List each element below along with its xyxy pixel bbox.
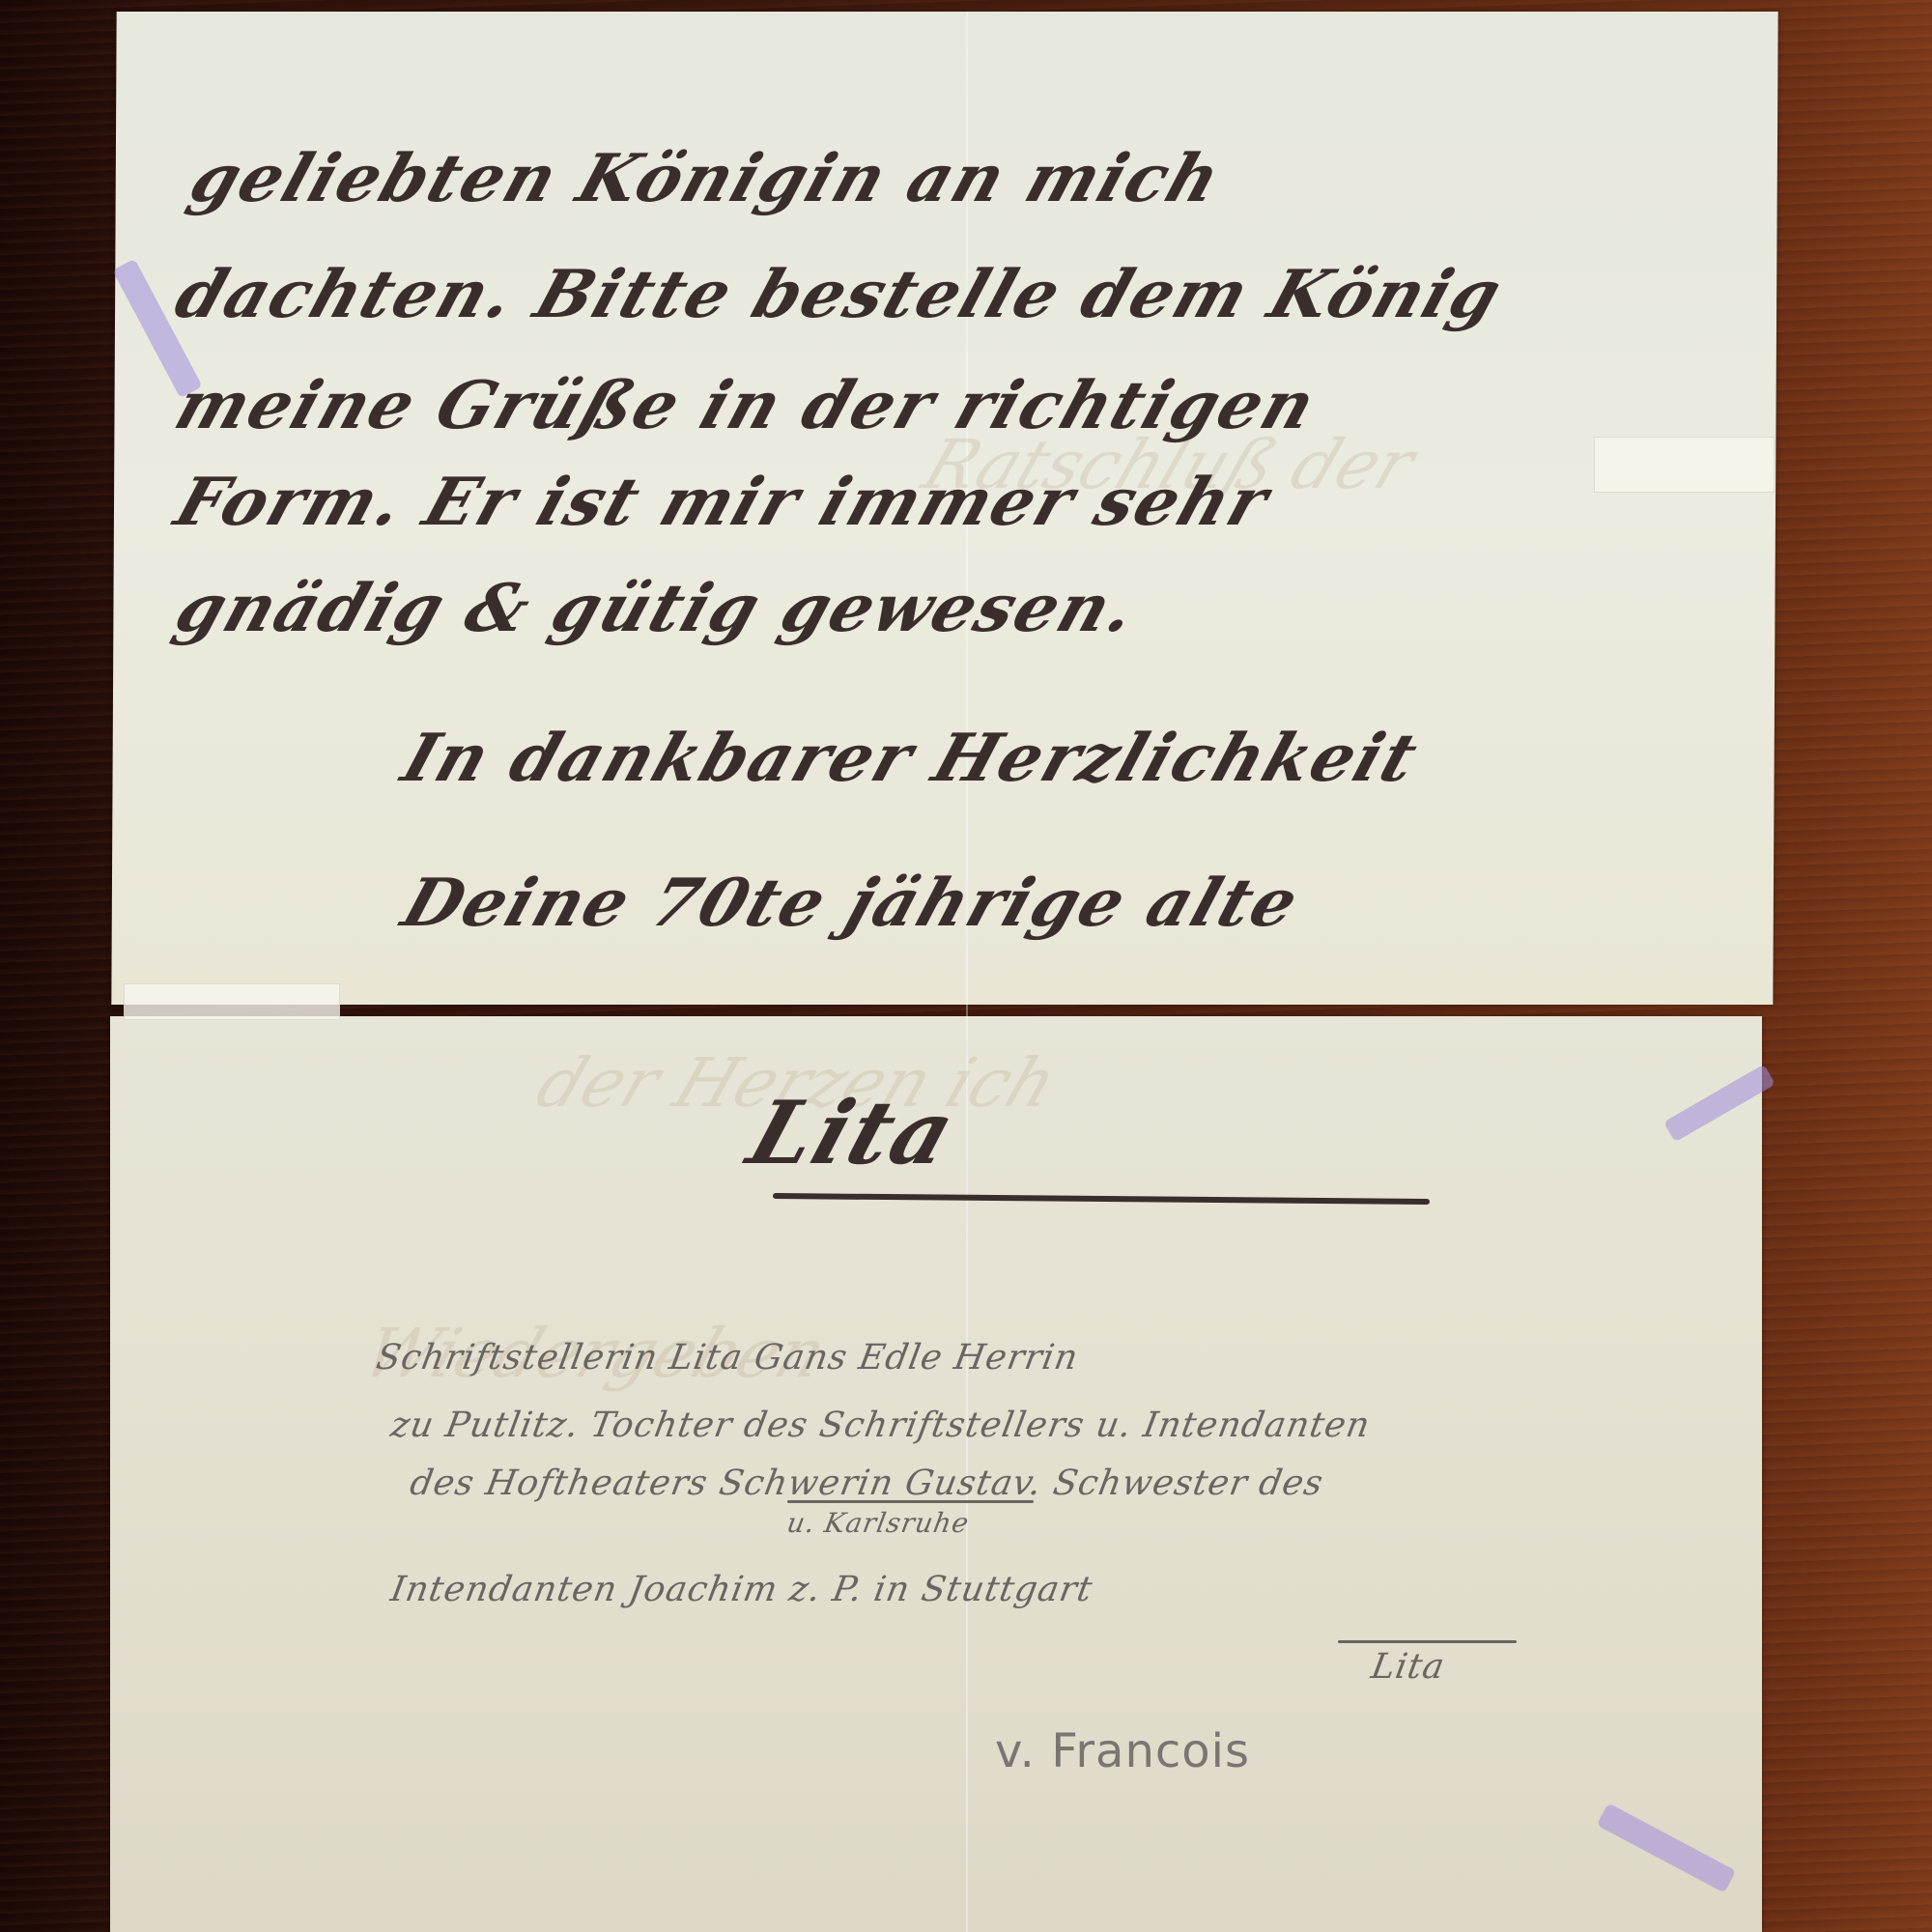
annotation-underline [787,1500,1034,1503]
collector-name: v. Francois [995,1724,1250,1778]
tape-strip-left [124,983,340,1020]
letter-line: dachten. Bitte bestelle dem König [166,256,1513,333]
signature: Lita [737,1082,969,1184]
letter-line: gnädig & gütig gewesen. [166,570,1147,647]
annotation-line: des Hoftheaters Schwerin Gustav. Schwest… [407,1463,1326,1503]
letter-line: In dankbarer Herzlichkeit [393,720,1428,797]
letter-line: meine Grüße in der richtigen [166,367,1326,444]
annotation-insertion: u. Karlsruhe [784,1507,972,1539]
tape-strip-right [1594,437,1775,493]
annotation-underline [1338,1640,1517,1643]
letter-line: Deine 70te jährige alte [393,865,1309,942]
annotation-line: Intendanten Joachim z. P. in Stuttgart [387,1570,1095,1609]
annotation-line: zu Putlitz. Tochter des Schriftstellers … [387,1406,1373,1445]
letter-line: Form. Er ist mir immer sehr [166,464,1279,541]
letter-line: geliebten Königin an mich [181,140,1232,217]
annotation-signature: Lita [1368,1647,1448,1687]
annotation-line: Schriftstellerin Lita Gans Edle Herrin [373,1338,1081,1378]
